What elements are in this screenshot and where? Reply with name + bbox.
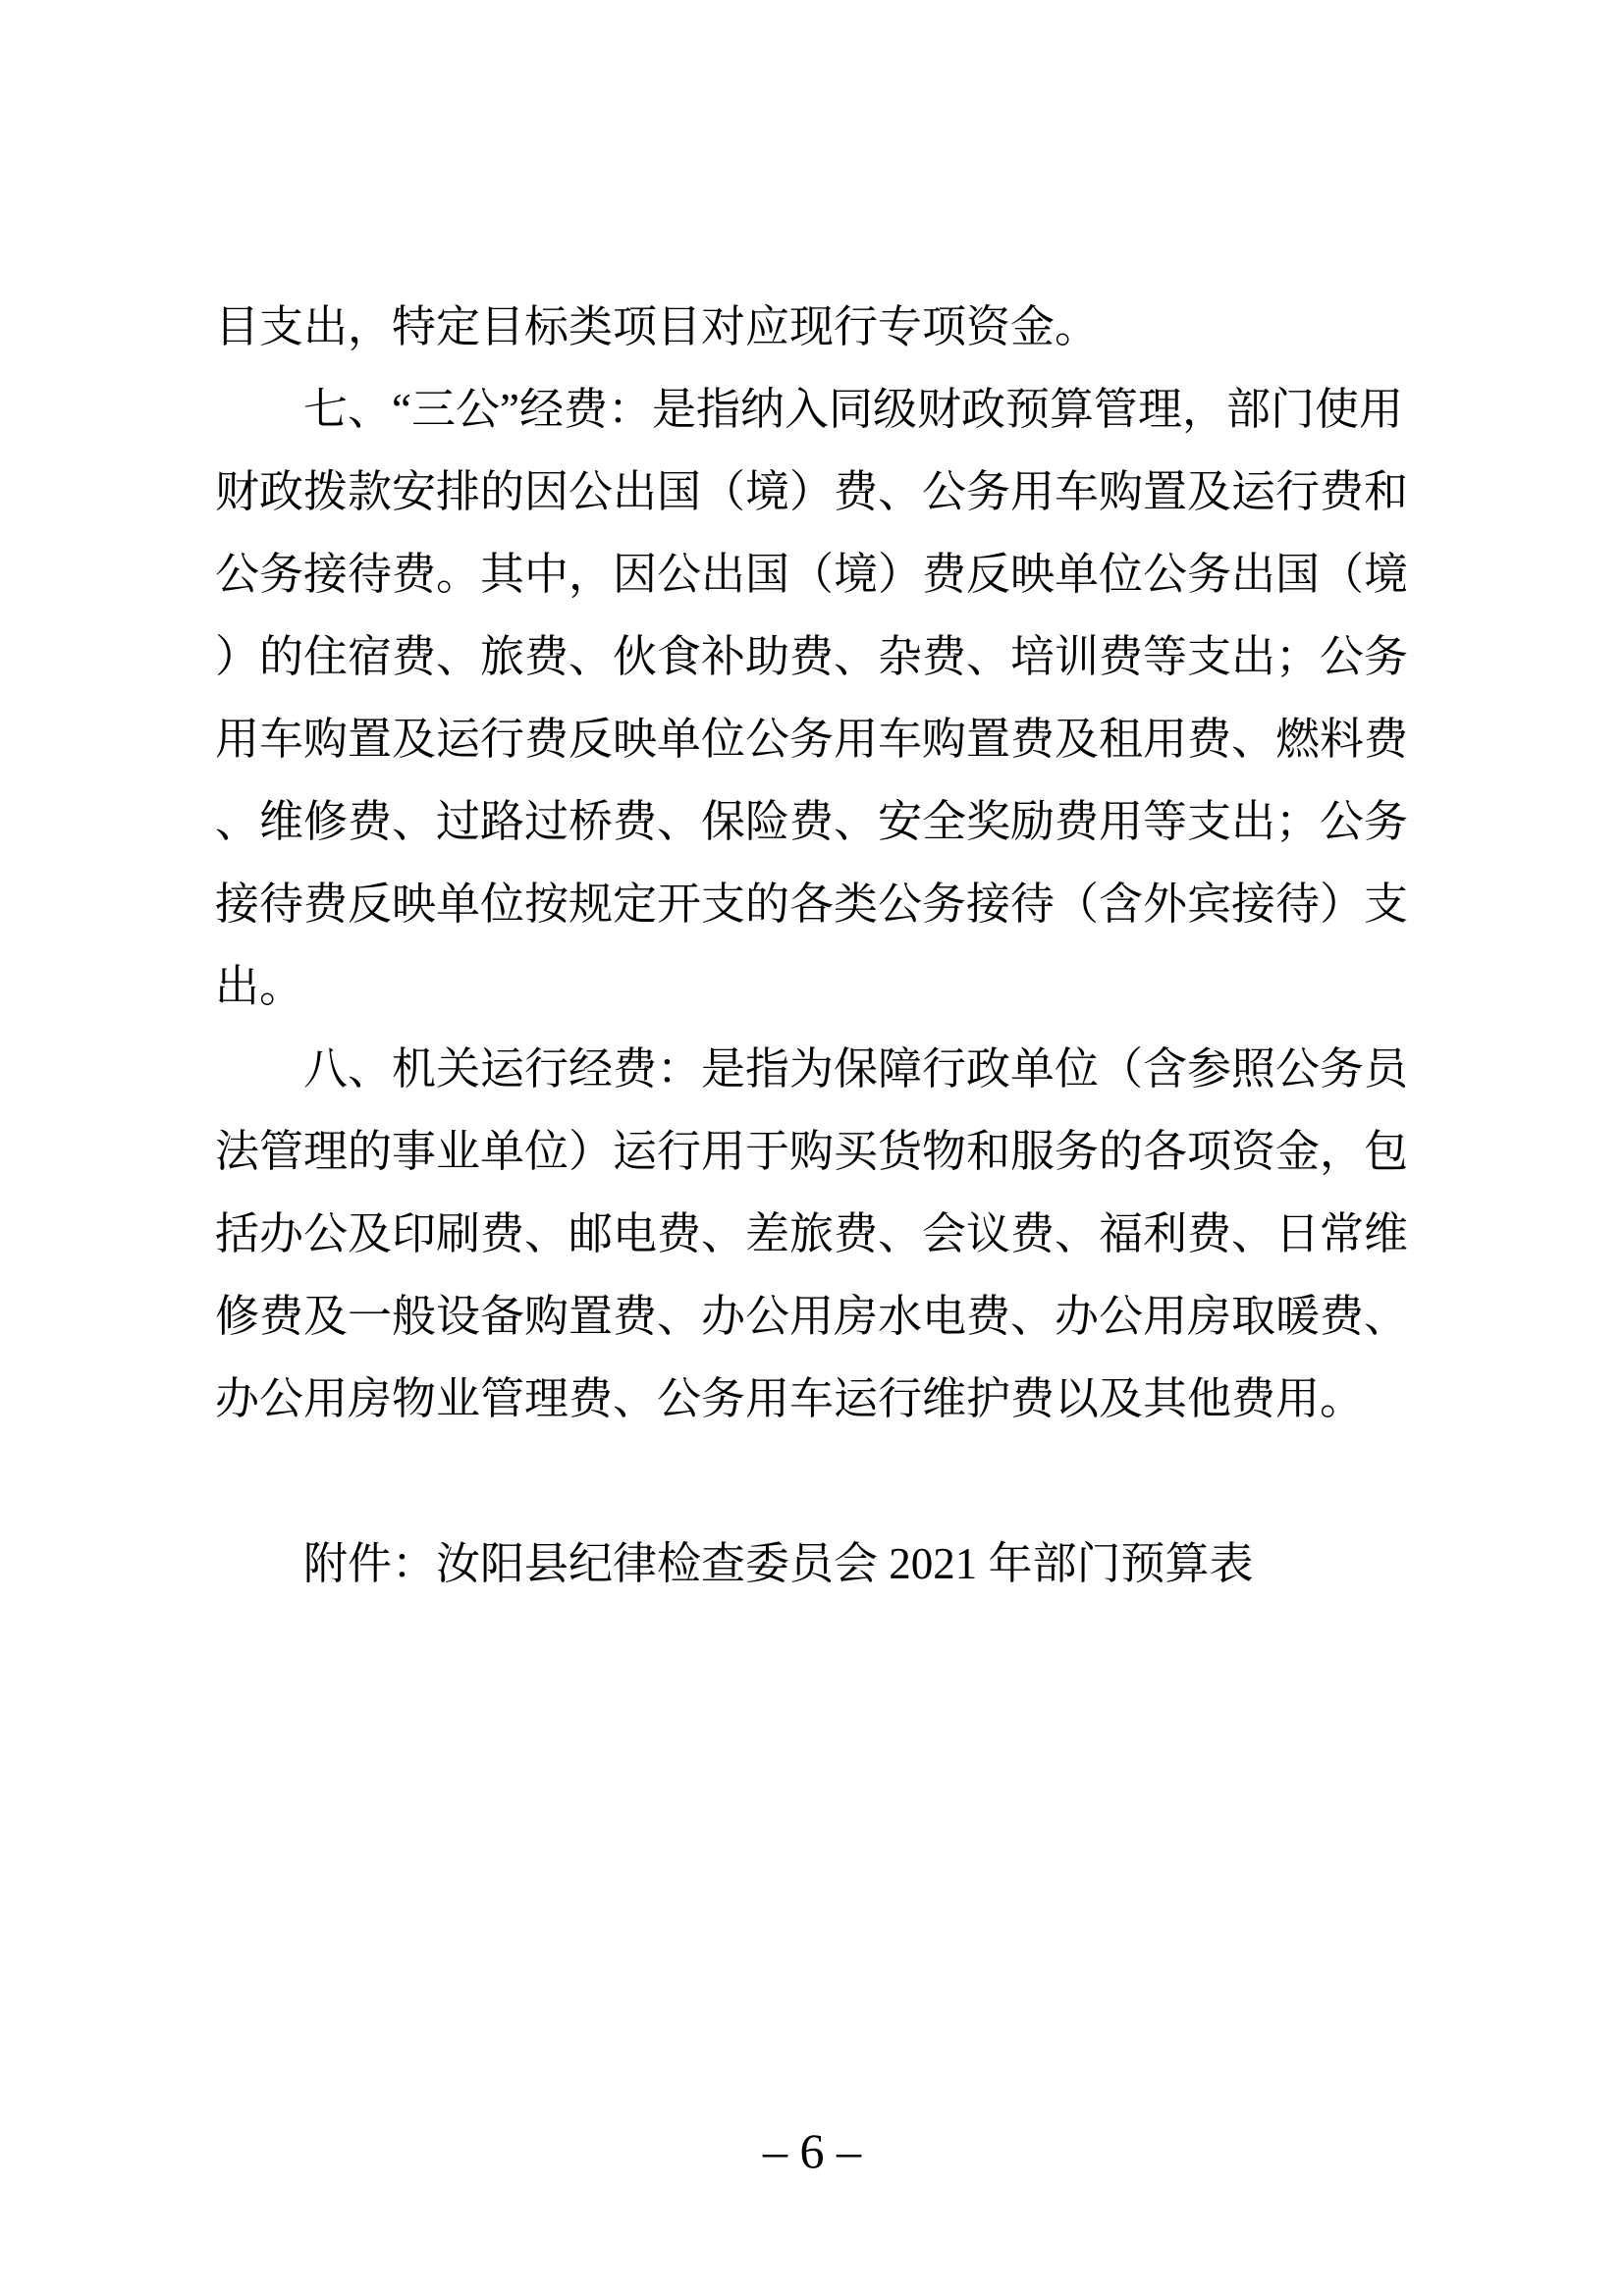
- attachment-note: 附件：汝阳县纪律检查委员会 2021 年部门预算表: [215, 1522, 1409, 1605]
- body-text-line: 用车购置及运行费反映单位公务用车购置费及租用费、燃料费: [215, 698, 1409, 780]
- body-text-line: 出。: [215, 945, 1409, 1028]
- body-text-line: 办公用房物业管理费、公务用车运行维护费以及其他费用。: [215, 1358, 1409, 1440]
- document-page: 目支出，特定目标类项目对应现行专项资金。 七、“三公”经费：是指纳入同级财政预算…: [0, 0, 1624, 2296]
- body-text-line: 、维修费、过路过桥费、保险费、安全奖励费用等支出；公务: [215, 780, 1409, 863]
- blank-line: [215, 1440, 1409, 1522]
- body-text-line: 财政拨款安排的因公出国（境）费、公务用车购置及运行费和: [215, 451, 1409, 533]
- body-text-line: 目支出，特定目标类项目对应现行专项资金。: [215, 286, 1409, 368]
- body-text-line: 括办公及印刷费、邮电费、差旅费、会议费、福利费、日常维: [215, 1193, 1409, 1275]
- body-text-line: 公务接待费。其中，因公出国（境）费反映单位公务出国（境: [215, 533, 1409, 615]
- page-number: – 6 –: [763, 2123, 861, 2178]
- body-text-line: ）的住宿费、旅费、伙食补助费、杂费、培训费等支出；公务: [215, 615, 1409, 698]
- document-body: 目支出，特定目标类项目对应现行专项资金。 七、“三公”经费：是指纳入同级财政预算…: [215, 286, 1409, 1605]
- body-text-line: 修费及一般设备购置费、办公用房水电费、办公用房取暖费、: [215, 1275, 1409, 1358]
- page-footer: – 6 –: [0, 2126, 1624, 2175]
- body-text-line: 接待费反映单位按规定开支的各类公务接待（含外宾接待）支: [215, 863, 1409, 945]
- body-text-line-section-eight-start: 八、机关运行经费：是指为保障行政单位（含参照公务员: [215, 1028, 1409, 1110]
- body-text-line: 法管理的事业单位）运行用于购买货物和服务的各项资金，包: [215, 1110, 1409, 1193]
- body-text-line-section-seven-start: 七、“三公”经费：是指纳入同级财政预算管理，部门使用: [215, 368, 1409, 451]
